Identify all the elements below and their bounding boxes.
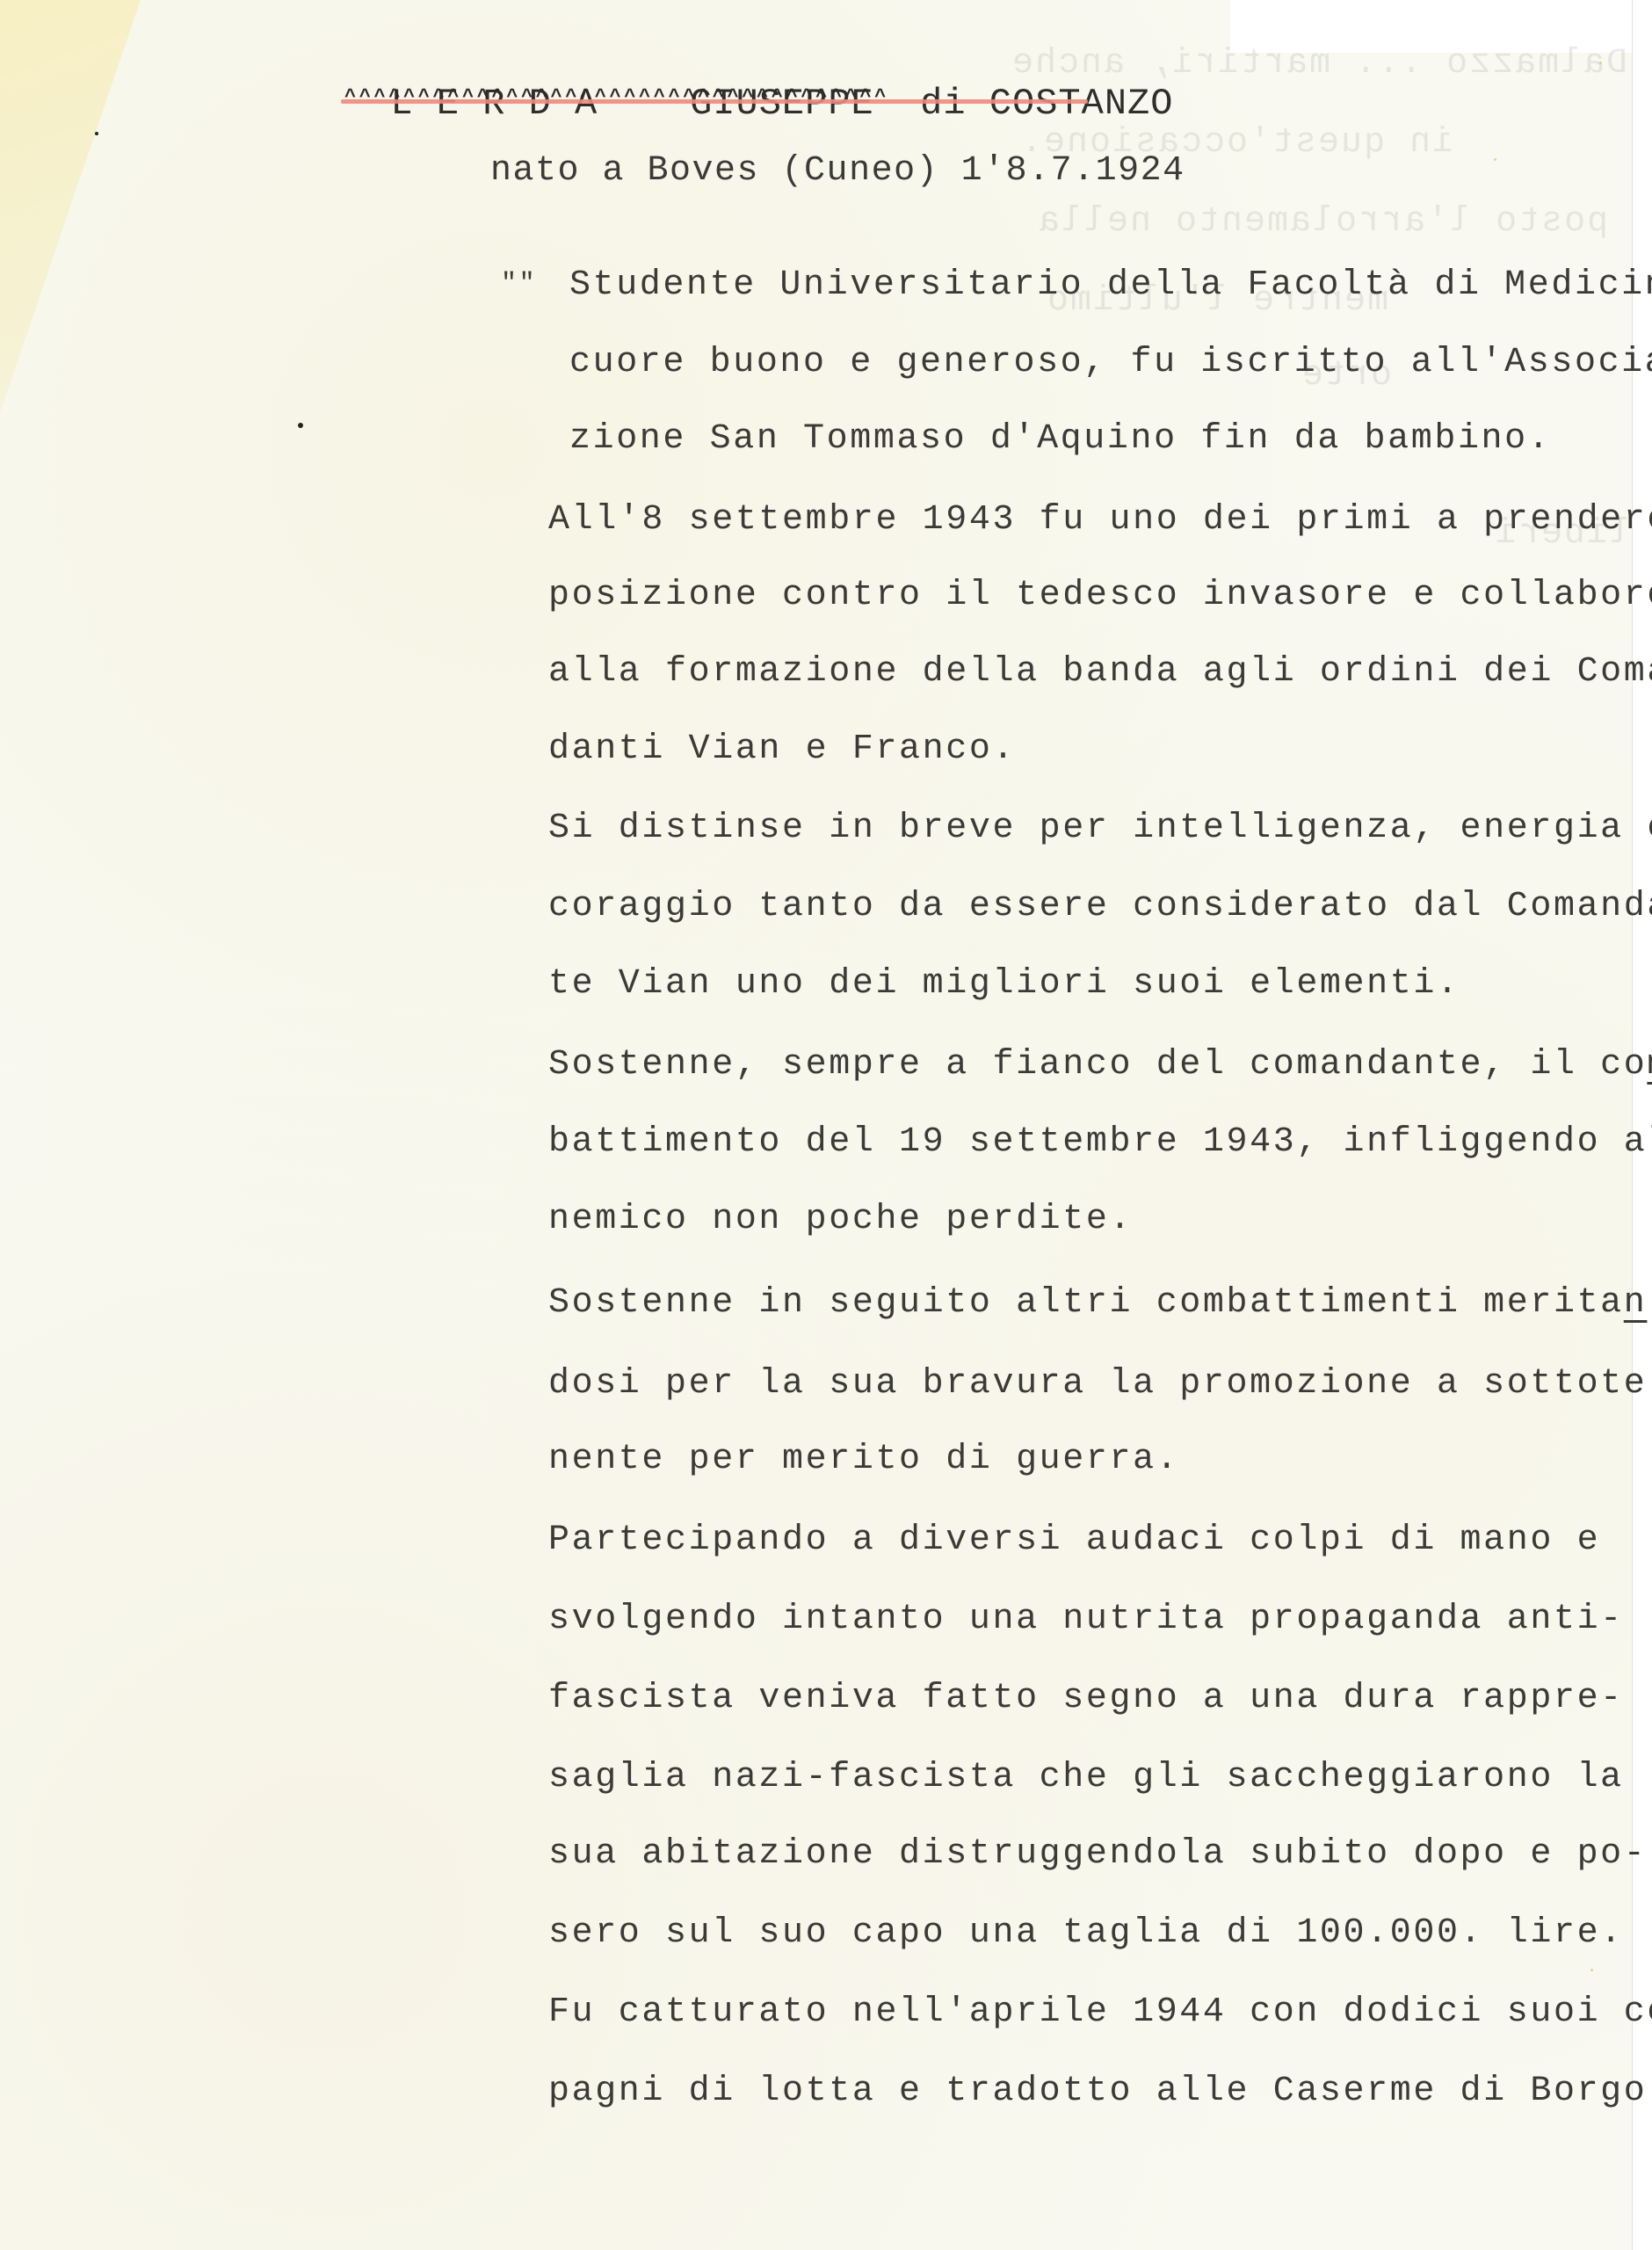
line-text: nemico non poche perdite. xyxy=(548,1200,1133,1239)
line-text: coraggio tanto da essere considerato dal… xyxy=(548,887,1652,926)
body-line: te Vian uno dei migliori suoi elementi. xyxy=(548,967,1460,1002)
line-text: Sostenne in seguito altri combattimenti … xyxy=(548,1283,1624,1323)
line-text: svolgendo intanto una nutrita propaganda… xyxy=(548,1600,1624,1639)
opening-quote: "" xyxy=(501,271,537,297)
body-line: danti Vian e Franco. xyxy=(548,732,1016,767)
patronymic-prefix: di xyxy=(920,83,966,125)
red-underline xyxy=(341,99,1088,104)
line-text: Si distinse in breve per intelligenza, e… xyxy=(548,809,1652,848)
line-text: posizione contro il tedesco invasore e c… xyxy=(548,576,1652,615)
underlined-syllable: m xyxy=(1647,1045,1652,1085)
line-text: Studente Universitario della Facoltà di … xyxy=(569,265,1652,305)
body-line: Partecipando a diversi audaci colpi di m… xyxy=(548,1523,1600,1558)
line-text: te Vian uno dei migliori suoi elementi. xyxy=(548,964,1460,1004)
body-line: nemico non poche perdite. xyxy=(548,1202,1133,1237)
line-text: danti Vian e Franco. xyxy=(548,729,1016,769)
ink-speck xyxy=(298,423,303,428)
paper-stain xyxy=(1494,158,1496,161)
body-line: Si distinse in breve per intelligenza, e… xyxy=(548,811,1652,846)
father-name: COSTANZO xyxy=(989,83,1174,125)
line-text: battimento del 19 settembre 1943, inflig… xyxy=(548,1122,1652,1162)
body-line: sero sul suo capo una taglia di 100.000.… xyxy=(548,1916,1624,1951)
line-text: zione San Tommaso d'Aquino fin da bambin… xyxy=(569,419,1551,459)
body-line: nente per merito di guerra. xyxy=(548,1442,1179,1477)
body-line: alla formazione della banda agli ordini … xyxy=(548,655,1652,690)
paper-stain xyxy=(1590,1969,1593,1971)
line-text: sero sul suo capo una taglia di 100.000.… xyxy=(548,1913,1624,1953)
body-line: cuore buono e generoso, fu iscritto all'… xyxy=(569,345,1652,381)
body-line: sua abitazione distruggendola subito dop… xyxy=(548,1837,1647,1872)
body-line: zione San Tommaso d'Aquino fin da bambin… xyxy=(569,422,1551,457)
underlined-syllable: n xyxy=(1624,1283,1648,1323)
body-line: Sostenne in seguito altri combattimenti … xyxy=(548,1286,1647,1321)
body-line: dosi per la sua bravura la promozione a … xyxy=(548,1367,1652,1402)
caret-underline: ^^^^^^^^^^^^^^^^^^^^^^^^^^^^^^^^^^^^^ xyxy=(344,86,889,108)
ink-speck xyxy=(95,132,98,135)
body-line: svolgendo intanto una nutrita propaganda… xyxy=(548,1602,1624,1637)
line-text: cuore buono e generoso, fu iscritto all'… xyxy=(569,343,1652,382)
paper-stain xyxy=(694,1846,697,1848)
line-text: Sostenne, sempre a fianco del comandante… xyxy=(548,1045,1647,1085)
body-line: battimento del 19 settembre 1943, inflig… xyxy=(548,1125,1652,1160)
body-line: pagni di lotta e tradotto alle Caserme d… xyxy=(548,2074,1647,2109)
body-line: posizione contro il tedesco invasore e c… xyxy=(548,578,1652,613)
body-line: Fu catturato nell'aprile 1944 con dodici… xyxy=(548,1995,1652,2030)
person-name-heading: L E R D A GIUSEPPE di COSTANZO xyxy=(344,48,1173,122)
body-line: Sostenne, sempre a fianco del comandante… xyxy=(548,1048,1652,1083)
body-line: coraggio tanto da essere considerato dal… xyxy=(548,889,1652,925)
line-text: alla formazione della banda agli ordini … xyxy=(548,652,1652,692)
body-line: saglia nazi-fascista che gli saccheggiar… xyxy=(548,1760,1624,1796)
paper-stain xyxy=(1599,62,1602,64)
birth-info: nato a Boves (Cuneo) 1'8.7.1924 xyxy=(490,154,1185,189)
bleed-through-text: posto l'arrolamento nella xyxy=(1037,202,1608,242)
body-line: All'8 settembre 1943 fu uno dei primi a … xyxy=(548,503,1652,538)
body-line: fascista veniva fatto segno a una dura r… xyxy=(548,1681,1624,1717)
line-text: saglia nazi-fascista che gli saccheggiar… xyxy=(548,1758,1624,1797)
line-text: All'8 settembre 1943 fu uno dei primi a … xyxy=(548,500,1652,540)
line-text: nente per merito di guerra. xyxy=(548,1440,1179,1479)
line-text: Fu catturato nell'aprile 1944 con dodici… xyxy=(548,1992,1652,2032)
line-text: fascista veniva fatto segno a una dura r… xyxy=(548,1679,1624,1718)
body-line: Studente Universitario della Facoltà di … xyxy=(569,268,1652,303)
line-text: sua abitazione distruggendola subito dop… xyxy=(548,1834,1647,1874)
line-text: Partecipando a diversi audaci colpi di m… xyxy=(548,1521,1600,1560)
line-text: pagni di lotta e tradotto alle Caserme d… xyxy=(548,2072,1647,2111)
line-text: dosi per la sua bravura la promozione a … xyxy=(548,1364,1652,1404)
